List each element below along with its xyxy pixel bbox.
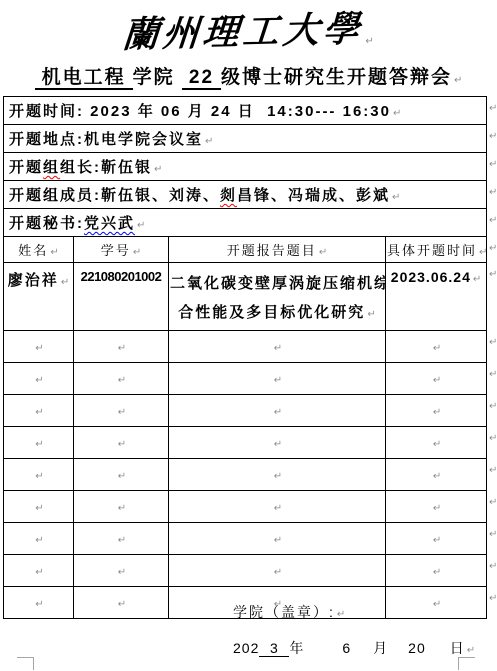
row-end-paragraph-mark: ↵: [489, 529, 497, 540]
empty-cell: ↵: [386, 395, 487, 427]
header-topic-label: 开题报告题目: [227, 243, 317, 258]
paragraph-mark: ↵: [274, 439, 282, 450]
row-end-paragraph-mark: ↵: [489, 593, 497, 604]
text-boundary-mark-left: [17, 657, 34, 670]
paragraph-mark: ↵: [118, 599, 126, 610]
empty-cell: ↵: [4, 555, 74, 587]
paragraph-mark: ↵: [118, 439, 126, 450]
paragraph-mark: ↵: [205, 136, 213, 147]
header-date-label: 具体开题时间: [387, 243, 477, 258]
empty-cell: ↵: [74, 587, 169, 619]
empty-cell: ↵: [4, 331, 74, 363]
empty-roster-row: ↵↵↵↵: [4, 555, 487, 587]
student-date-cell: 2023.06.24↵: [386, 263, 487, 331]
student-id: 221080201002: [81, 269, 162, 284]
paragraph-mark: ↵: [433, 407, 441, 418]
signature-date-line: 2023年6月20日↵: [233, 638, 475, 658]
empty-cell: ↵: [74, 459, 169, 491]
paragraph-mark: ↵: [473, 274, 481, 285]
info-cell-leader: 开题组组长:靳伍银↵: [4, 153, 487, 181]
paragraph-mark: ↵: [319, 247, 327, 258]
roster-table-body: 开题时间: 2023 年 06 月 24 日 14:30--- 16:30↵ 开…: [4, 97, 487, 619]
empty-cell: ↵: [4, 363, 74, 395]
date-month: 6: [342, 640, 351, 656]
empty-cell: ↵: [4, 491, 74, 523]
row-end-paragraph-mark: ↵: [489, 369, 497, 380]
paragraph-mark: ↵: [154, 164, 162, 175]
stamp-line: 学院（盖章）:↵: [233, 602, 345, 622]
paragraph-mark: ↵: [274, 343, 282, 354]
empty-cell: ↵: [74, 555, 169, 587]
row-end-paragraph-mark: ↵: [489, 159, 497, 170]
info-cell-time: 开题时间: 2023 年 06 月 24 日 14:30--- 16:30↵: [4, 97, 487, 125]
paragraph-mark: ↵: [433, 567, 441, 578]
paragraph-mark: ↵: [35, 375, 43, 386]
paragraph-mark: ↵: [433, 471, 441, 482]
info-cell-place: 开题地点:机电学院会议室↵: [4, 125, 487, 153]
header-cell-name: 姓名↵: [4, 237, 74, 263]
empty-cell: ↵: [386, 363, 487, 395]
row-end-paragraph-mark: ↵: [489, 337, 497, 348]
empty-cell: ↵: [74, 331, 169, 363]
paragraph-mark: ↵: [35, 407, 43, 418]
paragraph-mark: ↵: [118, 407, 126, 418]
roster-header-row: 姓名↵ 学号↵ 开题报告题目↵ 具体开题时间↵: [4, 237, 487, 263]
leader-text-post: 组长:靳伍银: [60, 159, 152, 176]
empty-cell: ↵: [4, 427, 74, 459]
row-end-paragraph-mark: ↵: [489, 243, 497, 254]
page-title: 机电工程学院 22级博士研究生开题答辩会↵: [0, 62, 497, 89]
empty-cell: ↵: [386, 427, 487, 459]
paragraph-mark: ↵: [433, 343, 441, 354]
header-student-id-label: 学号: [101, 243, 131, 258]
empty-cell: ↵: [169, 331, 386, 363]
empty-cell: ↵: [386, 331, 487, 363]
document-page: 蘭州理工大學↵ 机电工程学院 22级博士研究生开题答辩会↵ 开题时间: 2023…: [0, 0, 497, 671]
paragraph-mark: ↵: [133, 247, 141, 258]
university-logo-text: 蘭州理工大學: [121, 1, 366, 58]
leader-spellcheck-word: 组: [43, 159, 60, 176]
paragraph-mark: ↵: [50, 247, 58, 258]
date-year-blank: 3: [259, 640, 289, 657]
empty-cell: ↵: [169, 523, 386, 555]
topic-line-1: 二氧化碳变壁厚涡旋压缩机综: [170, 269, 384, 298]
secretary-label: 开题秘书:: [9, 215, 84, 232]
date-day-unit: 日: [450, 640, 465, 656]
empty-roster-row: ↵↵↵↵: [4, 363, 487, 395]
header-cell-date: 具体开题时间↵: [386, 237, 487, 263]
empty-cell: ↵: [4, 523, 74, 555]
paragraph-mark: ↵: [433, 439, 441, 450]
info-row-time: 开题时间: 2023 年 06 月 24 日 14:30--- 16:30↵: [4, 97, 487, 125]
info-row-place: 开题地点:机电学院会议室↵: [4, 125, 487, 153]
paragraph-mark: ↵: [61, 277, 69, 288]
empty-cell: ↵: [386, 523, 487, 555]
paragraph-mark: ↵: [35, 439, 43, 450]
title-college-blank: 机电工程: [35, 67, 133, 90]
row-end-paragraph-mark: ↵: [489, 433, 497, 444]
empty-cell: ↵: [74, 363, 169, 395]
paragraph-mark: ↵: [467, 645, 475, 656]
place-value: 机电学院会议室: [84, 131, 203, 148]
paragraph-mark: ↵: [35, 503, 43, 514]
info-row-members: 开题组成员:靳伍银、刘涛、剡昌锋、冯瑞成、彭斌↵: [4, 181, 487, 209]
paragraph-mark: ↵: [137, 220, 145, 231]
text-boundary-mark-right: [458, 657, 475, 670]
roster-table: 开题时间: 2023 年 06 月 24 日 14:30--- 16:30↵ 开…: [3, 96, 487, 619]
date-month-unit: 月: [373, 640, 388, 656]
paragraph-mark: ↵: [365, 36, 373, 47]
paragraph-mark: ↵: [479, 247, 487, 258]
paragraph-mark: ↵: [393, 108, 401, 119]
empty-cell: ↵: [74, 491, 169, 523]
empty-cell: ↵: [74, 395, 169, 427]
topic-line-2: 合性能及多目标优化研究↵: [170, 298, 384, 329]
empty-cell: ↵: [74, 523, 169, 555]
info-cell-secretary: 开题秘书:党兴武↵: [4, 209, 487, 237]
title-grade-blank: 22: [182, 67, 221, 90]
student-defense-date: 2023.06.24: [391, 269, 471, 285]
row-end-marks: ↵↵↵↵↵↵↵↵↵↵↵↵↵↵↵↵: [489, 96, 497, 590]
paragraph-mark: ↵: [118, 375, 126, 386]
paragraph-mark: ↵: [118, 343, 126, 354]
empty-roster-row: ↵↵↵↵: [4, 331, 487, 363]
empty-roster-row: ↵↵↵↵: [4, 395, 487, 427]
empty-cell: ↵: [4, 395, 74, 427]
empty-cell: ↵: [169, 427, 386, 459]
paragraph-mark: ↵: [433, 503, 441, 514]
paragraph-mark: ↵: [274, 567, 282, 578]
empty-cell: ↵: [386, 587, 487, 619]
empty-cell: ↵: [169, 491, 386, 523]
empty-cell: ↵: [386, 491, 487, 523]
paragraph-mark: ↵: [118, 535, 126, 546]
student-name: 廖治祥: [8, 272, 59, 289]
stamp-label: 学院（盖章）:: [233, 604, 335, 620]
paragraph-mark: ↵: [274, 471, 282, 482]
empty-roster-row: ↵↵↵↵: [4, 523, 487, 555]
row-end-paragraph-mark: ↵: [489, 215, 497, 226]
empty-cell: ↵: [169, 363, 386, 395]
members-text-post: 昌锋、冯瑞成、彭斌: [237, 187, 390, 204]
time-value: 2023 年 06 月 24 日 14:30--- 16:30: [84, 103, 391, 120]
header-cell-topic: 开题报告题目↵: [169, 237, 386, 263]
paragraph-mark: ↵: [118, 471, 126, 482]
empty-roster-row: ↵↵↵↵: [4, 491, 487, 523]
paragraph-mark: ↵: [118, 567, 126, 578]
empty-cell: ↵: [4, 459, 74, 491]
row-end-paragraph-mark: ↵: [489, 561, 497, 572]
secretary-value: 党兴武: [84, 215, 135, 232]
header-cell-student-id: 学号↵: [74, 237, 169, 263]
row-end-paragraph-mark: ↵: [489, 269, 497, 280]
title-mid: 学院: [133, 67, 175, 88]
members-spellcheck-word: 剡: [220, 187, 237, 204]
paragraph-mark: ↵: [433, 599, 441, 610]
paragraph-mark: ↵: [454, 75, 462, 86]
empty-cell: ↵: [169, 395, 386, 427]
info-row-secretary: 开题秘书:党兴武↵: [4, 209, 487, 237]
date-day: 20: [408, 640, 426, 656]
empty-cell: ↵: [4, 587, 74, 619]
place-label: 开题地点:: [9, 131, 84, 148]
row-end-paragraph-mark: ↵: [489, 131, 497, 142]
paragraph-mark: ↵: [35, 535, 43, 546]
university-logo: 蘭州理工大學↵: [0, 4, 497, 55]
student-id-cell: 221080201002: [74, 263, 169, 331]
empty-cell: ↵: [386, 459, 487, 491]
student-name-cell: 廖治祥↵: [4, 263, 74, 331]
row-end-paragraph-mark: ↵: [489, 401, 497, 412]
paragraph-mark: ↵: [274, 535, 282, 546]
empty-cell: ↵: [74, 427, 169, 459]
paragraph-mark: ↵: [274, 407, 282, 418]
title-suffix: 级博士研究生开题答辩会: [221, 67, 452, 88]
paragraph-mark: ↵: [433, 535, 441, 546]
empty-cell: ↵: [169, 555, 386, 587]
paragraph-mark: ↵: [35, 343, 43, 354]
date-prefix: 202: [233, 640, 259, 656]
student-row: 廖治祥↵ 221080201002 二氧化碳变壁厚涡旋压缩机综 合性能及多目标优…: [4, 263, 487, 331]
empty-cell: ↵: [169, 459, 386, 491]
paragraph-mark: ↵: [367, 309, 375, 320]
paragraph-mark: ↵: [274, 375, 282, 386]
student-topic-cell: 二氧化碳变壁厚涡旋压缩机综 合性能及多目标优化研究↵: [169, 263, 386, 331]
empty-roster-row: ↵↵↵↵: [4, 459, 487, 491]
info-row-leader: 开题组组长:靳伍银↵: [4, 153, 487, 181]
empty-cell: ↵: [386, 555, 487, 587]
paragraph-mark: ↵: [35, 471, 43, 482]
paragraph-mark: ↵: [433, 375, 441, 386]
paragraph-mark: ↵: [274, 503, 282, 514]
paragraph-mark: ↵: [392, 192, 400, 203]
date-year-unit: 年: [289, 640, 304, 656]
time-label: 开题时间:: [9, 103, 84, 120]
members-text-pre: 开题组成员:靳伍银、刘涛、: [9, 187, 220, 204]
row-end-paragraph-mark: ↵: [489, 103, 497, 114]
info-cell-members: 开题组成员:靳伍银、刘涛、剡昌锋、冯瑞成、彭斌↵: [4, 181, 487, 209]
row-end-paragraph-mark: ↵: [489, 187, 497, 198]
empty-roster-row: ↵↵↵↵: [4, 427, 487, 459]
paragraph-mark: ↵: [35, 567, 43, 578]
paragraph-mark: ↵: [337, 609, 345, 620]
row-end-paragraph-mark: ↵: [489, 497, 497, 508]
row-end-paragraph-mark: ↵: [489, 465, 497, 476]
leader-text-pre: 开题: [9, 159, 43, 176]
header-name-label: 姓名: [18, 243, 48, 258]
paragraph-mark: ↵: [118, 503, 126, 514]
paragraph-mark: ↵: [35, 599, 43, 610]
